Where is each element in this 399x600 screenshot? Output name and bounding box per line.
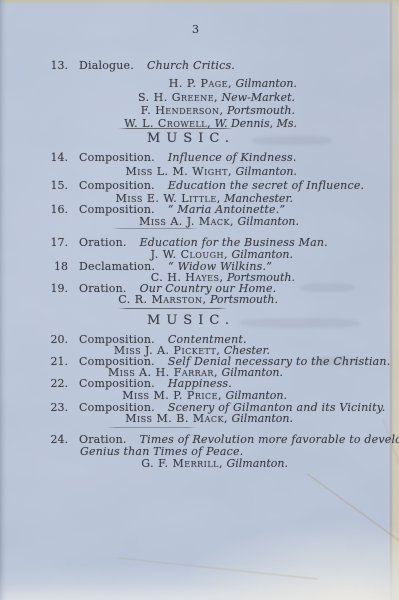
- program-item-row: 15.Composition.Education the secret of I…: [44, 180, 363, 192]
- performer-place: Gilmanton.: [231, 412, 293, 425]
- page-crease: [383, 419, 399, 485]
- performer-name: G. F. Merrill,: [141, 457, 223, 470]
- performer-place: Gilmanton.: [235, 77, 297, 90]
- separator-rule: [118, 128, 233, 129]
- performer-name: Miss M. B. Mack,: [125, 412, 228, 425]
- item-category: Composition.: [79, 151, 155, 164]
- separator-rule: [107, 427, 197, 428]
- item-category: Dialogue.: [79, 59, 134, 72]
- item-number: 16.: [44, 204, 68, 216]
- performer-place: Gilmanton.: [235, 165, 297, 178]
- performer-line: H. P. Page, Gilmanton.: [0, 78, 297, 90]
- performer-line: Miss A. J. Mack, Gilmanton.: [0, 216, 299, 228]
- music-heading: MUSIC.: [0, 133, 382, 145]
- item-number: 22.: [44, 378, 68, 390]
- item-title: Education the secret of Influence.: [168, 179, 364, 192]
- item-title: Influence of Kindness.: [168, 151, 297, 164]
- performer-line: F. Henderson, Portsmouth.: [0, 105, 295, 117]
- performer-name: H. P. Page,: [169, 77, 232, 90]
- item-number: 15.: [44, 180, 68, 192]
- performer-place: Gilmanton.: [237, 215, 299, 228]
- item-number: 24.: [44, 434, 68, 446]
- performer-name: C. R. Marston,: [118, 293, 206, 306]
- item-category: Composition.: [79, 179, 155, 192]
- scanned-program-page: 3 13.Dialogue.Church Critics. H. P. Page…: [0, 0, 399, 600]
- item-number: 13.: [44, 60, 68, 72]
- performer-place: Portsmouth.: [227, 104, 295, 117]
- page-crease: [307, 473, 399, 543]
- performer-name: Miss L. M. Wight,: [126, 165, 232, 178]
- item-number: 14.: [44, 152, 68, 164]
- page-crease: [118, 558, 317, 580]
- item-number: 17.: [44, 237, 68, 249]
- performer-line: Miss L. M. Wight, Gilmanton.: [0, 166, 297, 178]
- performer-name: S. H. Greene,: [138, 91, 218, 104]
- performer-place: Gilmanton.: [226, 457, 288, 470]
- item-title: Church Critics.: [147, 59, 235, 72]
- performer-place: Portsmouth.: [210, 293, 278, 306]
- item-category: Oration.: [79, 236, 127, 249]
- performer-name: F. Henderson,: [141, 104, 224, 117]
- page-number: 3: [0, 24, 392, 36]
- separator-rule: [118, 308, 227, 309]
- performer-line: C. R. Marston, Portsmouth.: [0, 294, 278, 306]
- performer-line: G. F. Merrill, Gilmanton.: [0, 458, 288, 470]
- program-item-row: 14.Composition.Influence of Kindness.: [44, 152, 363, 164]
- performer-line: S. H. Greene, New-Market.: [0, 92, 295, 104]
- performer-place: New-Market.: [222, 91, 295, 104]
- performer-line: Miss M. B. Mack, Gilmanton.: [0, 413, 293, 425]
- separator-rule: [112, 228, 198, 229]
- music-heading: MUSIC.: [0, 315, 382, 327]
- program-item-row: 13.Dialogue.Church Critics.: [44, 60, 363, 72]
- performer-name: Miss A. J. Mack,: [139, 215, 234, 228]
